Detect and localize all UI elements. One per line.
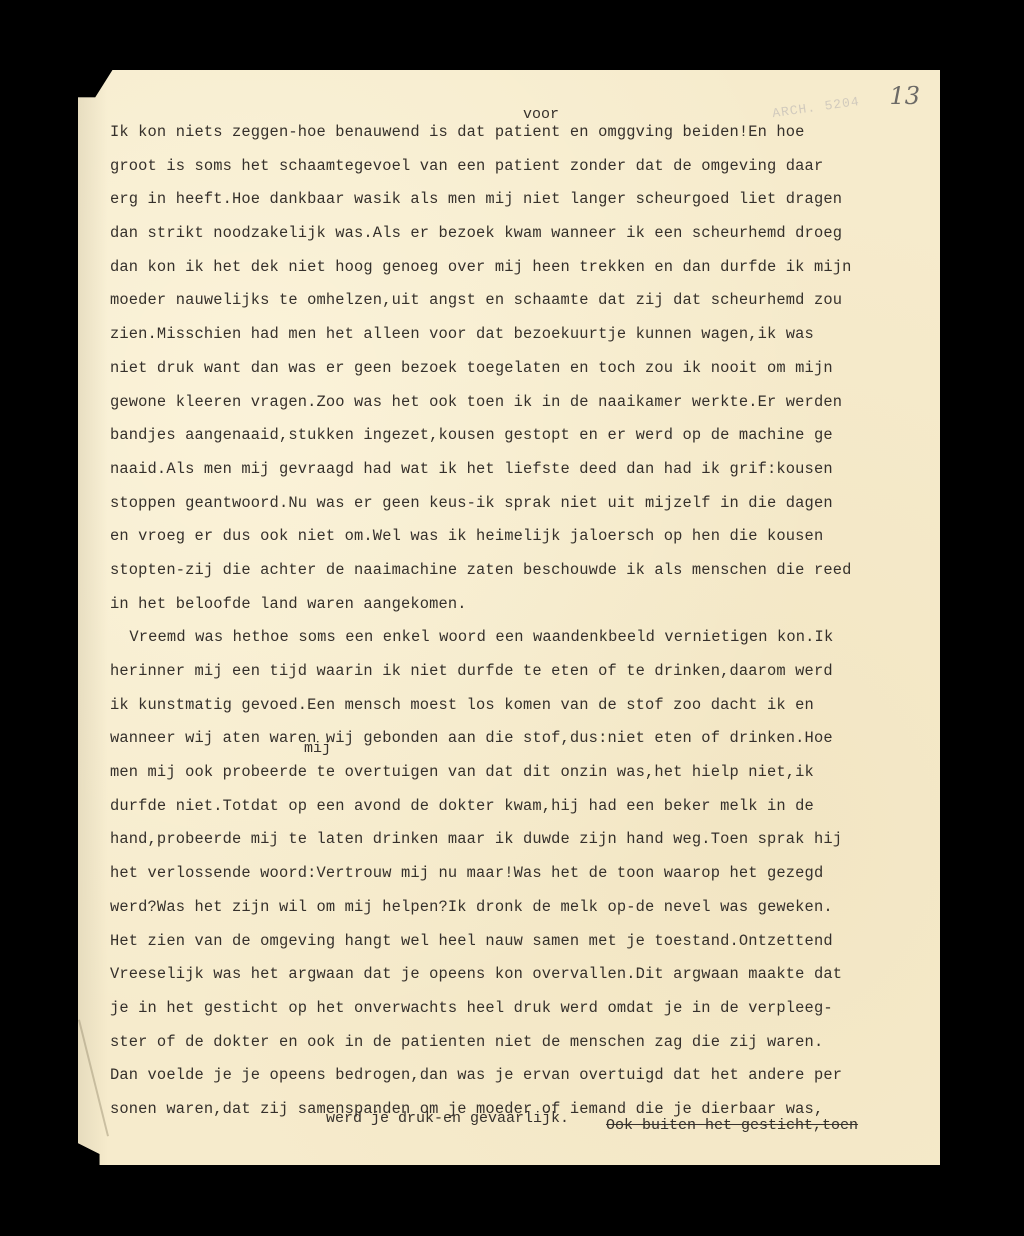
body-text: Ik kon niets zeggen-hoe benauwend is dat… (110, 116, 930, 1127)
text-line: naaid.Als men mij gevraagd had wat ik he… (110, 453, 930, 487)
text-line: niet druk want dan was er geen bezoek to… (110, 352, 930, 386)
text-line: dan kon ik het dek niet hoog genoeg over… (110, 251, 930, 285)
text-line: in het beloofde land waren aangekomen. (110, 588, 930, 622)
last-line-text: kwaad te doen en dan (148, 1169, 336, 1187)
text-line: werd?Was het zijn wil om mij helpen?Ik d… (110, 891, 930, 925)
text-line: het verlossende woord:Vertrouw mij nu ma… (110, 857, 930, 891)
inserted-correction: werd je druk-en gevaarlijk. (326, 1110, 569, 1127)
text-line: erg in heeft.Hoe dankbaar wasik als men … (110, 183, 930, 217)
text-line: Het zien van de omgeving hangt wel heel … (110, 925, 930, 959)
paragraph-start-line: Vreemd was hethoe soms een enkel woord e… (110, 621, 930, 655)
text-line: Dan voelde je je opeens bedrogen,dan was… (110, 1059, 930, 1093)
text-line: en vroeg er dus ook niet om.Wel was ik h… (110, 520, 930, 554)
text-line: ik kunstmatig gevoed.Een mensch moest lo… (110, 689, 930, 723)
last-line: kwaad te doen en dan wasxdexomgevingxplo… (110, 1128, 930, 1162)
text-line: wanneer wij aten waren wij gebonden aan … (110, 722, 930, 756)
text-line: bandjes aangenaaid,stukken ingezet,kouse… (110, 419, 930, 453)
text-line: durfde niet.Totdat op een avond de dokte… (110, 790, 930, 824)
page-number: 13 (889, 82, 920, 110)
text-line: Vreeselijk was het argwaan dat je opeens… (110, 958, 930, 992)
text-line: groot is soms het schaamtegevoel van een… (110, 150, 930, 184)
text-line: zien.Misschien had men het alleen voor d… (110, 318, 930, 352)
text-line: je in het gesticht op het onverwachts he… (110, 992, 930, 1026)
typewritten-page: 13 ARCH. 5204 voor mij Ik kon niets zegg… (78, 70, 940, 1165)
text-line: hand,probeerde mij te laten drinken maar… (110, 823, 930, 857)
text-line: men mij ook probeerde te overtuigen van … (110, 756, 930, 790)
paper-fold (78, 70, 108, 1165)
xed-out-text: wasxdexomgevingxplotselingxzooxveranderd… (148, 1202, 560, 1220)
text-line: moeder nauwelijks te omhelzen,uit angst … (110, 284, 930, 318)
text-line: Ik kon niets zeggen-hoe benauwend is dat… (110, 116, 930, 150)
text-line: stopten-zij die achter de naaimachine za… (110, 554, 930, 588)
text-line: dan strikt noodzakelijk was.Als er bezoe… (110, 217, 930, 251)
text-line: stoppen geantwoord.Nu was er geen keus-i… (110, 487, 930, 521)
text-line: ster of de dokter en ook in de patienten… (110, 1026, 930, 1060)
text-line: gewone kleeren vragen.Zoo was het ook to… (110, 386, 930, 420)
text-line: herinner mij een tijd waarin ik niet dur… (110, 655, 930, 689)
